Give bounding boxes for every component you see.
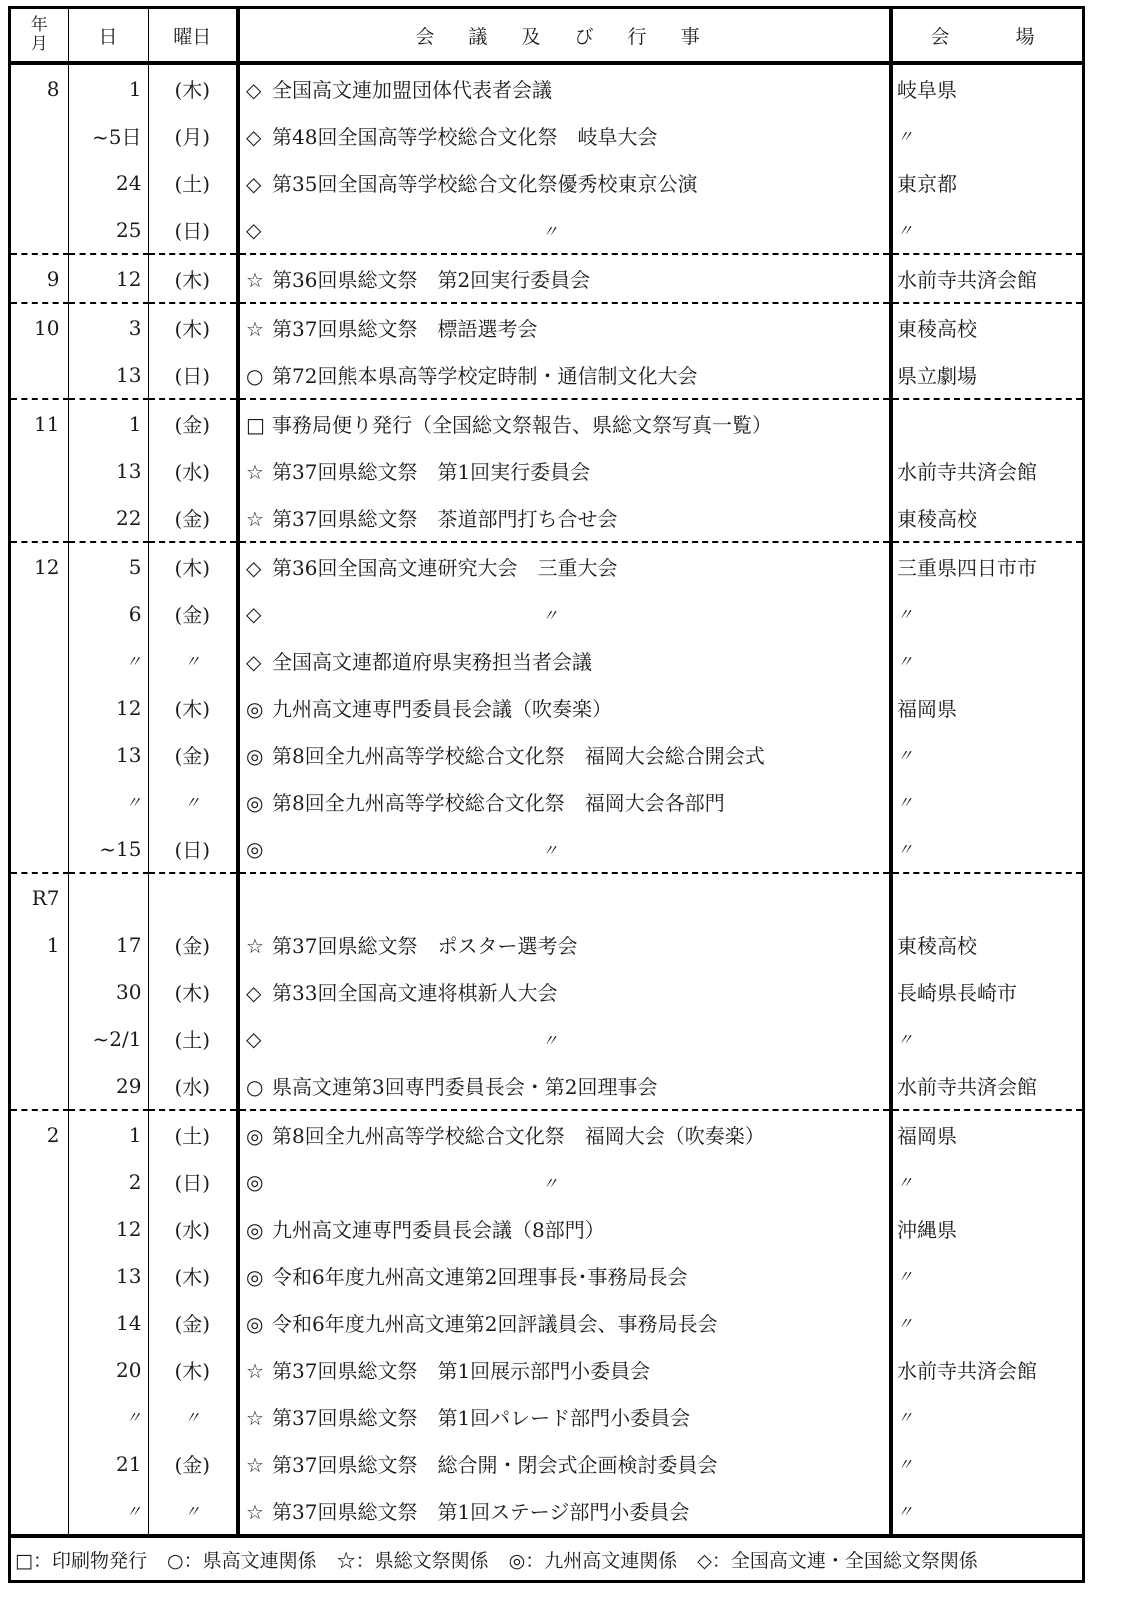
- event-text: 第8回全九州高等学校総合文化祭 福岡大会（吹奏楽）: [272, 1124, 765, 1148]
- cell-venue: 東稜高校: [891, 494, 1082, 542]
- cell-month: [11, 206, 68, 254]
- cell-dow: (水): [148, 1205, 238, 1252]
- cell-event: ☆第37回県総文祭 第1回パレード部門小委員会: [238, 1393, 891, 1440]
- table-row: 29 (水) ○県高文連第3回専門委員長会・第2回理事会 水前寺共済会館: [11, 1062, 1082, 1110]
- cell-month: [11, 825, 68, 873]
- cell-dow: (木): [148, 684, 238, 731]
- cell-month: R7: [11, 873, 68, 921]
- cell-venue: 〃: [891, 206, 1082, 254]
- cell-event: ◇第35回全国高等学校総合文化祭優秀校東京公演: [238, 159, 891, 206]
- table-row: 2 1 (土) ◎第8回全九州高等学校総合文化祭 福岡大会（吹奏楽） 福岡県: [11, 1110, 1082, 1158]
- event-text: 第8回全九州高等学校総合文化祭 福岡大会総合開会式: [272, 744, 765, 768]
- cell-month: 8: [11, 63, 68, 112]
- category-mark-icon: ☆: [246, 934, 272, 958]
- header-event: 会 議 及 び 行 事: [238, 9, 891, 63]
- cell-day: 6: [68, 590, 148, 637]
- legend-item: ○：県高文連関係: [167, 1546, 317, 1573]
- cell-month: [11, 590, 68, 637]
- cell-day: 24: [68, 159, 148, 206]
- cell-event: ◎第8回全九州高等学校総合文化祭 福岡大会（吹奏楽）: [238, 1110, 891, 1158]
- table-row: 25 (日) ◇〃 〃: [11, 206, 1082, 254]
- cell-day: 12: [68, 684, 148, 731]
- cell-day: 〃: [68, 637, 148, 684]
- table-row: 24 (土) ◇第35回全国高等学校総合文化祭優秀校東京公演 東京都: [11, 159, 1082, 206]
- cell-venue: 東稜高校: [891, 303, 1082, 351]
- legend-symbol-icon: □: [15, 1550, 33, 1572]
- table-row: 22 (金) ☆第37回県総文祭 茶道部門打ち合せ会 東稜高校: [11, 494, 1082, 542]
- cell-dow: 〃: [148, 778, 238, 825]
- cell-day: 30: [68, 968, 148, 1015]
- table-row: ~5日 (月) ◇第48回全国高等学校総合文化祭 岐阜大会 〃: [11, 112, 1082, 159]
- cell-venue: 〃: [891, 637, 1082, 684]
- table-row: ~2/1 (土) ◇〃 〃: [11, 1015, 1082, 1062]
- legend-item: ◎：九州高文連関係: [509, 1546, 678, 1573]
- legend-item: ◇：全国高文連・全国総文祭関係: [697, 1546, 978, 1573]
- cell-day: 2: [68, 1158, 148, 1205]
- cell-day: 13: [68, 731, 148, 778]
- cell-venue: 水前寺共済会館: [891, 1346, 1082, 1393]
- event-text: 〃: [272, 841, 558, 860]
- cell-event: ◎令和6年度九州高文連第2回理事長･事務局長会: [238, 1252, 891, 1299]
- cell-day: 29: [68, 1062, 148, 1110]
- cell-day: 20: [68, 1346, 148, 1393]
- table-row: 〃 〃 ☆第37回県総文祭 第1回パレード部門小委員会 〃: [11, 1393, 1082, 1440]
- category-mark-icon: ◇: [246, 1027, 272, 1051]
- cell-day: 5: [68, 542, 148, 590]
- cell-event: [238, 873, 891, 921]
- cell-venue: 東京都: [891, 159, 1082, 206]
- cell-event: ☆第37回県総文祭 第1回実行委員会: [238, 447, 891, 494]
- cell-day: 17: [68, 921, 148, 968]
- cell-event: ◎〃: [238, 825, 891, 873]
- category-mark-icon: ◎: [246, 1124, 272, 1148]
- cell-day: 21: [68, 1440, 148, 1487]
- cell-venue: 〃: [891, 1299, 1082, 1346]
- event-text: 〃: [272, 1174, 558, 1193]
- table-row: 14 (金) ◎令和6年度九州高文連第2回評議員会、事務局長会 〃: [11, 1299, 1082, 1346]
- cell-event: ☆第37回県総文祭 第1回展示部門小委員会: [238, 1346, 891, 1393]
- cell-event: ☆第37回県総文祭 茶道部門打ち合せ会: [238, 494, 891, 542]
- cell-dow: (日): [148, 1158, 238, 1205]
- cell-dow: (土): [148, 1015, 238, 1062]
- header-venue: 会 場: [891, 9, 1082, 63]
- cell-venue: 三重県四日市市: [891, 542, 1082, 590]
- cell-venue: 水前寺共済会館: [891, 254, 1082, 303]
- cell-day: [68, 873, 148, 921]
- cell-venue: 〃: [891, 731, 1082, 778]
- cell-event: ◇〃: [238, 1015, 891, 1062]
- cell-dow: 〃: [148, 1487, 238, 1534]
- event-text: 第48回全国高等学校総合文化祭 岐阜大会: [272, 125, 657, 149]
- cell-day: 〃: [68, 1487, 148, 1534]
- cell-event: ◎九州高文連専門委員長会議（吹奏楽）: [238, 684, 891, 731]
- cell-venue: 〃: [891, 825, 1082, 873]
- cell-event: ◇第48回全国高等学校総合文化祭 岐阜大会: [238, 112, 891, 159]
- cell-month: [11, 1440, 68, 1487]
- cell-day: 12: [68, 1205, 148, 1252]
- table-row: R7: [11, 873, 1082, 921]
- cell-dow: (土): [148, 1110, 238, 1158]
- event-text: 〃: [272, 222, 558, 241]
- cell-month: 9: [11, 254, 68, 303]
- category-mark-icon: ◇: [246, 981, 272, 1005]
- event-text: 第37回県総文祭 標語選考会: [272, 317, 537, 341]
- header-month-year: 年: [11, 16, 68, 35]
- cell-venue: 沖縄県: [891, 1205, 1082, 1252]
- table-row: 〃 〃 ◎第8回全九州高等学校総合文化祭 福岡大会各部門 〃: [11, 778, 1082, 825]
- category-mark-icon: ◇: [246, 650, 272, 674]
- cell-event: ◇第33回全国高文連将棋新人大会: [238, 968, 891, 1015]
- table-row: 12 (木) ◎九州高文連専門委員長会議（吹奏楽） 福岡県: [11, 684, 1082, 731]
- cell-venue: 〃: [891, 1252, 1082, 1299]
- cell-venue: 水前寺共済会館: [891, 447, 1082, 494]
- cell-event: ○県高文連第3回専門委員長会・第2回理事会: [238, 1062, 891, 1110]
- cell-day: ~2/1: [68, 1015, 148, 1062]
- cell-dow: (木): [148, 968, 238, 1015]
- category-mark-icon: ☆: [246, 317, 272, 341]
- cell-event: ◇全国高文連加盟団体代表者会議: [238, 63, 891, 112]
- cell-month: [11, 1062, 68, 1110]
- category-mark-icon: ◎: [246, 791, 272, 815]
- cell-month: 2: [11, 1110, 68, 1158]
- table-row: 13 (水) ☆第37回県総文祭 第1回実行委員会 水前寺共済会館: [11, 447, 1082, 494]
- category-mark-icon: ◎: [246, 1265, 272, 1289]
- category-mark-icon: □: [246, 413, 272, 437]
- table-row: 13 (木) ◎令和6年度九州高文連第2回理事長･事務局長会 〃: [11, 1252, 1082, 1299]
- cell-day: 13: [68, 447, 148, 494]
- category-mark-icon: ◇: [246, 172, 272, 196]
- cell-month: [11, 447, 68, 494]
- category-mark-icon: ◎: [246, 837, 272, 861]
- cell-venue: 〃: [891, 1158, 1082, 1205]
- legend-label: ：全国高文連・全国総文祭関係: [712, 1550, 978, 1572]
- cell-month: 12: [11, 542, 68, 590]
- category-mark-icon: ◇: [246, 556, 272, 580]
- cell-venue: 福岡県: [891, 684, 1082, 731]
- category-mark-icon: ◇: [246, 218, 272, 242]
- table-row: 13 (金) ◎第8回全九州高等学校総合文化祭 福岡大会総合開会式 〃: [11, 731, 1082, 778]
- category-mark-icon: ☆: [246, 1453, 272, 1477]
- cell-month: [11, 1158, 68, 1205]
- event-text: 第37回県総文祭 第1回展示部門小委員会: [272, 1359, 650, 1383]
- cell-month: [11, 112, 68, 159]
- cell-dow: (日): [148, 351, 238, 399]
- cell-venue: 〃: [891, 1393, 1082, 1440]
- cell-day: 14: [68, 1299, 148, 1346]
- cell-dow: (水): [148, 447, 238, 494]
- event-text: 全国高文連加盟団体代表者会議: [272, 78, 552, 102]
- cell-event: ○第72回熊本県高等学校定時制・通信制文化大会: [238, 351, 891, 399]
- cell-venue: [891, 399, 1082, 447]
- event-text: 全国高文連都道府県実務担当者会議: [272, 650, 592, 674]
- cell-dow: (木): [148, 1252, 238, 1299]
- cell-month: 11: [11, 399, 68, 447]
- cell-month: [11, 1299, 68, 1346]
- cell-venue: 県立劇場: [891, 351, 1082, 399]
- table-row: 12 5 (木) ◇第36回全国高文連研究大会 三重大会 三重県四日市市: [11, 542, 1082, 590]
- cell-event: ◇〃: [238, 206, 891, 254]
- cell-day: 13: [68, 1252, 148, 1299]
- legend-symbol-icon: ◇: [697, 1550, 712, 1572]
- header-day: 日: [68, 9, 148, 63]
- legend-label: ：九州高文連関係: [525, 1550, 677, 1572]
- cell-day: 1: [68, 63, 148, 112]
- cell-event: ◎〃: [238, 1158, 891, 1205]
- event-text: 第37回県総文祭 総合開・閉会式企画検討委員会: [272, 1453, 717, 1477]
- cell-event: ☆第36回県総文祭 第2回実行委員会: [238, 254, 891, 303]
- table-row: 2 (日) ◎〃 〃: [11, 1158, 1082, 1205]
- cell-event: ◎令和6年度九州高文連第2回評議員会、事務局長会: [238, 1299, 891, 1346]
- cell-dow: (金): [148, 921, 238, 968]
- event-text: 〃: [272, 1031, 558, 1050]
- legend-symbol-icon: ○: [167, 1550, 184, 1572]
- category-mark-icon: ◎: [246, 1312, 272, 1336]
- event-text: 事務局便り発行（全国総文祭報告、県総文祭写真一覧）: [272, 413, 772, 437]
- cell-venue: 〃: [891, 1487, 1082, 1534]
- table-row: 〃 〃 ◇全国高文連都道府県実務担当者会議 〃: [11, 637, 1082, 684]
- event-text: 第33回全国高文連将棋新人大会: [272, 981, 557, 1005]
- table-row: 11 1 (金) □事務局便り発行（全国総文祭報告、県総文祭写真一覧）: [11, 399, 1082, 447]
- cell-month: [11, 494, 68, 542]
- cell-venue: 岐阜県: [891, 63, 1082, 112]
- table-row: 9 12 (木) ☆第36回県総文祭 第2回実行委員会 水前寺共済会館: [11, 254, 1082, 303]
- event-text: 第37回県総文祭 第1回パレード部門小委員会: [272, 1406, 690, 1430]
- cell-dow: (金): [148, 590, 238, 637]
- cell-dow: (金): [148, 399, 238, 447]
- table-row: 20 (木) ☆第37回県総文祭 第1回展示部門小委員会 水前寺共済会館: [11, 1346, 1082, 1393]
- table-row: 13 (日) ○第72回熊本県高等学校定時制・通信制文化大会 県立劇場: [11, 351, 1082, 399]
- cell-dow: (木): [148, 1346, 238, 1393]
- cell-month: [11, 968, 68, 1015]
- legend-item: □：印刷物発行: [15, 1546, 147, 1573]
- cell-month: [11, 159, 68, 206]
- cell-event: ◇第36回全国高文連研究大会 三重大会: [238, 542, 891, 590]
- cell-venue: 〃: [891, 1015, 1082, 1062]
- category-mark-icon: ◎: [246, 1170, 272, 1194]
- cell-day: 3: [68, 303, 148, 351]
- category-mark-icon: ☆: [246, 507, 272, 531]
- category-mark-icon: ○: [246, 1075, 272, 1099]
- cell-venue: 〃: [891, 590, 1082, 637]
- cell-month: [11, 731, 68, 778]
- cell-venue: 水前寺共済会館: [891, 1062, 1082, 1110]
- legend-item: ☆：県総文祭関係: [337, 1546, 489, 1573]
- cell-venue: 東稜高校: [891, 921, 1082, 968]
- event-text: 第36回県総文祭 第2回実行委員会: [272, 268, 590, 292]
- event-text: 令和6年度九州高文連第2回理事長･事務局長会: [272, 1265, 687, 1289]
- cell-month: [11, 637, 68, 684]
- cell-event: ◎第8回全九州高等学校総合文化祭 福岡大会各部門: [238, 778, 891, 825]
- event-text: 令和6年度九州高文連第2回評議員会、事務局長会: [272, 1312, 717, 1336]
- legend-label: ：印刷物発行: [33, 1550, 147, 1572]
- cell-day: 1: [68, 1110, 148, 1158]
- category-mark-icon: ◎: [246, 744, 272, 768]
- cell-dow: (木): [148, 63, 238, 112]
- cell-day: 〃: [68, 1393, 148, 1440]
- cell-dow: (土): [148, 159, 238, 206]
- cell-day: 25: [68, 206, 148, 254]
- event-text: 〃: [272, 606, 558, 625]
- cell-day: 〃: [68, 778, 148, 825]
- cell-event: ☆第37回県総文祭 ポスター選考会: [238, 921, 891, 968]
- category-mark-icon: ○: [246, 364, 272, 388]
- event-text: 第37回県総文祭 茶道部門打ち合せ会: [272, 507, 617, 531]
- cell-month: [11, 684, 68, 731]
- cell-month: [11, 1393, 68, 1440]
- category-mark-icon: ◇: [246, 78, 272, 102]
- table-row: ~15 (日) ◎〃 〃: [11, 825, 1082, 873]
- header-dow: 曜日: [148, 9, 238, 63]
- cell-dow: [148, 873, 238, 921]
- cell-event: ◇全国高文連都道府県実務担当者会議: [238, 637, 891, 684]
- cell-dow: (金): [148, 731, 238, 778]
- cell-month: [11, 1205, 68, 1252]
- cell-dow: (日): [148, 825, 238, 873]
- category-mark-icon: ☆: [246, 1406, 272, 1430]
- cell-dow: (水): [148, 1062, 238, 1110]
- cell-day: 13: [68, 351, 148, 399]
- category-mark-icon: ☆: [246, 1359, 272, 1383]
- table-row: 1 17 (金) ☆第37回県総文祭 ポスター選考会 東稜高校: [11, 921, 1082, 968]
- table-row: 12 (水) ◎九州高文連専門委員長会議（8部門） 沖縄県: [11, 1205, 1082, 1252]
- cell-dow: 〃: [148, 1393, 238, 1440]
- schedule-sheet: 年 月 日 曜日 会 議 及 び 行 事 会 場 8 1 (木) ◇全国高文連加…: [8, 6, 1085, 1583]
- cell-day: 12: [68, 254, 148, 303]
- table-row: 10 3 (木) ☆第37回県総文祭 標語選考会 東稜高校: [11, 303, 1082, 351]
- cell-month: 1: [11, 921, 68, 968]
- category-mark-icon: ◇: [246, 602, 272, 626]
- cell-day: 22: [68, 494, 148, 542]
- cell-venue: 福岡県: [891, 1110, 1082, 1158]
- cell-day: ~15: [68, 825, 148, 873]
- legend-label: ：県高文連関係: [184, 1550, 317, 1572]
- cell-event: ◎第8回全九州高等学校総合文化祭 福岡大会総合開会式: [238, 731, 891, 778]
- cell-month: [11, 1346, 68, 1393]
- table-row: 8 1 (木) ◇全国高文連加盟団体代表者会議 岐阜県: [11, 63, 1082, 112]
- cell-dow: (日): [148, 206, 238, 254]
- cell-event: ☆第37回県総文祭 総合開・閉会式企画検討委員会: [238, 1440, 891, 1487]
- cell-event: ☆第37回県総文祭 標語選考会: [238, 303, 891, 351]
- cell-month: [11, 1015, 68, 1062]
- category-mark-icon: ☆: [246, 268, 272, 292]
- cell-dow: 〃: [148, 637, 238, 684]
- cell-venue: 〃: [891, 112, 1082, 159]
- legend-symbol-icon: ☆: [337, 1550, 356, 1572]
- header-month-month: 月: [11, 35, 68, 54]
- cell-month: [11, 351, 68, 399]
- category-mark-icon: ☆: [246, 1500, 272, 1524]
- event-text: 第8回全九州高等学校総合文化祭 福岡大会各部門: [272, 791, 725, 815]
- event-text: 第37回県総文祭 ポスター選考会: [272, 934, 577, 958]
- table-row: 21 (金) ☆第37回県総文祭 総合開・閉会式企画検討委員会 〃: [11, 1440, 1082, 1487]
- schedule-table: 年 月 日 曜日 会 議 及 び 行 事 会 場 8 1 (木) ◇全国高文連加…: [11, 9, 1082, 1534]
- event-text: 第35回全国高等学校総合文化祭優秀校東京公演: [272, 172, 697, 196]
- event-text: 第37回県総文祭 第1回実行委員会: [272, 460, 590, 484]
- cell-venue: 長崎県長崎市: [891, 968, 1082, 1015]
- cell-month: [11, 1252, 68, 1299]
- event-text: 第37回県総文祭 第1回ステージ部門小委員会: [272, 1500, 689, 1524]
- legend: □：印刷物発行○：県高文連関係☆：県総文祭関係◎：九州高文連関係◇：全国高文連・…: [11, 1534, 1082, 1580]
- table-row: 6 (金) ◇〃 〃: [11, 590, 1082, 637]
- cell-dow: (月): [148, 112, 238, 159]
- cell-dow: (金): [148, 1299, 238, 1346]
- category-mark-icon: ◇: [246, 125, 272, 149]
- legend-label: ：県総文祭関係: [356, 1550, 489, 1572]
- cell-event: ☆第37回県総文祭 第1回ステージ部門小委員会: [238, 1487, 891, 1534]
- cell-venue: 〃: [891, 778, 1082, 825]
- header-month: 年 月: [11, 9, 68, 63]
- cell-dow: (金): [148, 494, 238, 542]
- category-mark-icon: ◎: [246, 697, 272, 721]
- cell-dow: (金): [148, 1440, 238, 1487]
- cell-day: 1: [68, 399, 148, 447]
- category-mark-icon: ☆: [246, 460, 272, 484]
- cell-month: [11, 778, 68, 825]
- header-row: 年 月 日 曜日 会 議 及 び 行 事 会 場: [11, 9, 1082, 63]
- cell-event: □事務局便り発行（全国総文祭報告、県総文祭写真一覧）: [238, 399, 891, 447]
- cell-dow: (木): [148, 254, 238, 303]
- cell-venue: 〃: [891, 1440, 1082, 1487]
- cell-venue: [891, 873, 1082, 921]
- event-text: 第36回全国高文連研究大会 三重大会: [272, 556, 617, 580]
- cell-dow: (木): [148, 303, 238, 351]
- cell-event: ◎九州高文連専門委員長会議（8部門）: [238, 1205, 891, 1252]
- cell-day: ~5日: [68, 112, 148, 159]
- cell-month: 10: [11, 303, 68, 351]
- category-mark-icon: ◎: [246, 1218, 272, 1242]
- cell-dow: (木): [148, 542, 238, 590]
- table-row: 〃 〃 ☆第37回県総文祭 第1回ステージ部門小委員会 〃: [11, 1487, 1082, 1534]
- event-text: 第72回熊本県高等学校定時制・通信制文化大会: [272, 364, 697, 388]
- legend-symbol-icon: ◎: [509, 1550, 526, 1572]
- event-text: 九州高文連専門委員長会議（吹奏楽）: [272, 697, 612, 721]
- cell-event: ◇〃: [238, 590, 891, 637]
- event-text: 九州高文連専門委員長会議（8部門）: [272, 1218, 605, 1242]
- cell-month: [11, 1487, 68, 1534]
- schedule-body: 8 1 (木) ◇全国高文連加盟団体代表者会議 岐阜県 ~5日 (月) ◇第48…: [11, 63, 1082, 1534]
- table-row: 30 (木) ◇第33回全国高文連将棋新人大会 長崎県長崎市: [11, 968, 1082, 1015]
- event-text: 県高文連第3回専門委員長会・第2回理事会: [272, 1075, 657, 1099]
